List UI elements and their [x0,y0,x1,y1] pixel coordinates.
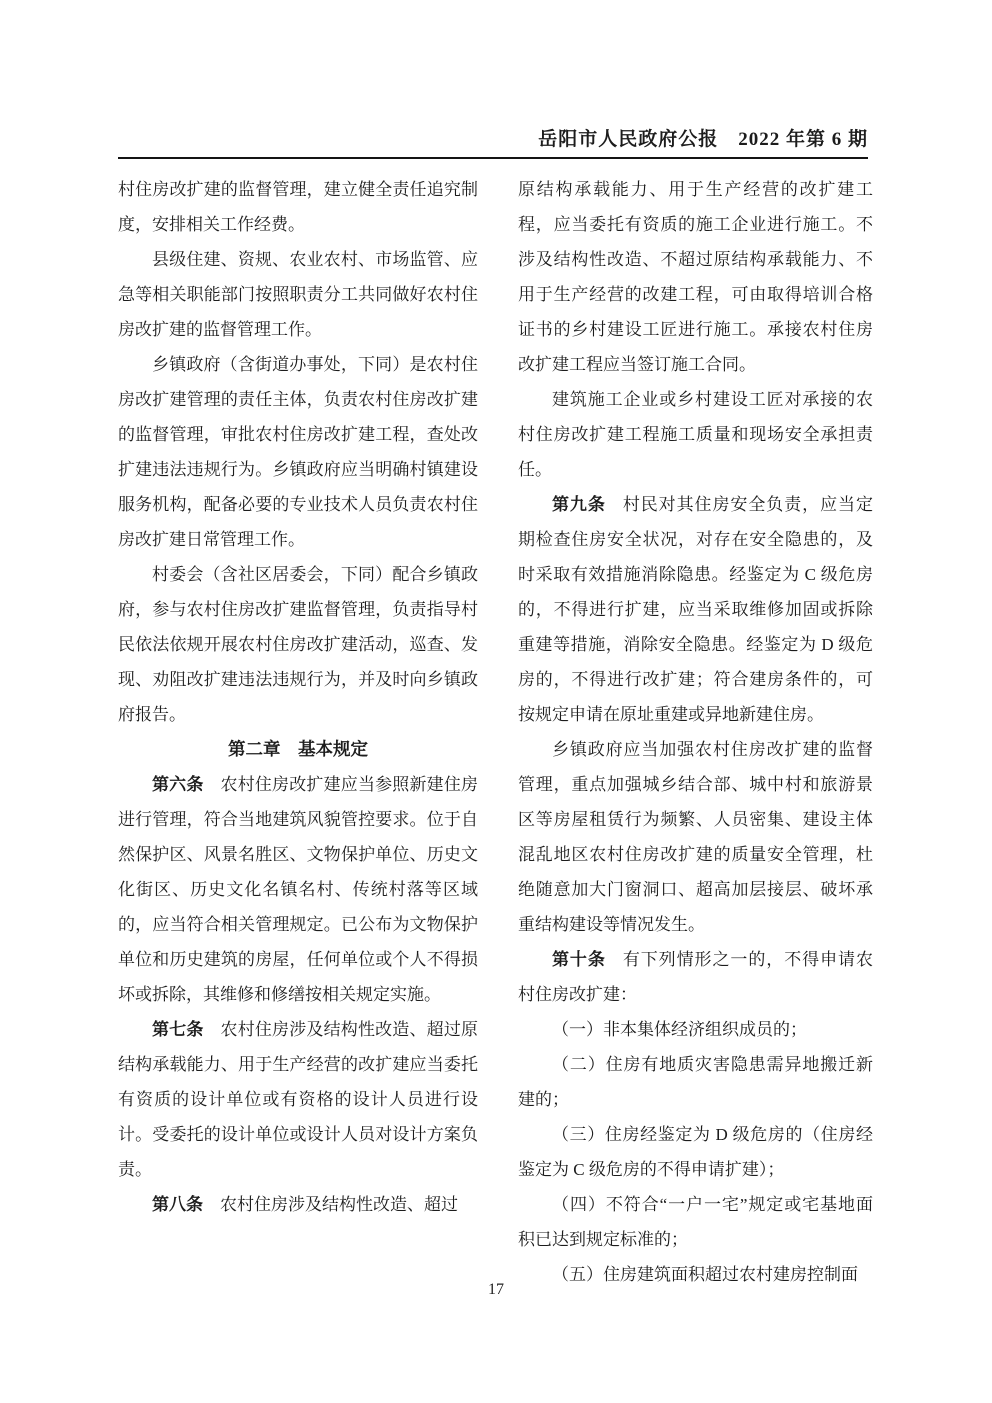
body-paragraph: 乡镇政府（含街道办事处，下同）是农村住房改扩建管理的责任主体，负责农村住房改扩建… [118,347,478,557]
gazette-page: 岳阳市人民政府公报 2022 年第 6 期 村住房改扩建的监督管理，建立健全责任… [0,0,992,1403]
body-paragraph: 县级住建、资规、农业农村、市场监管、应急等相关职能部门按照职责分工共同做好农村住… [118,242,478,347]
gazette-header-title: 岳阳市人民政府公报 2022 年第 6 期 [118,124,868,151]
header-rule [118,157,868,159]
article-body: 农村住房改扩建应当参照新建住房进行管理，符合当地建筑风貌管控要求。位于自然保护区… [118,775,478,1004]
article-number: 第九条 [552,495,606,514]
list-item-paragraph: （一）非本集体经济组织成员的； [518,1012,873,1047]
chapter-heading: 第二章 基本规定 [118,732,478,767]
article-body: 村民对其住房安全负责，应当定期检查住房安全状况，对存在安全隐患的，及时采取有效措… [518,495,873,724]
body-paragraph: 村住房改扩建的监督管理，建立健全责任追究制度，安排相关工作经费。 [118,172,478,242]
right-column: 原结构承载能力、用于生产经营的改扩建工程，应当委托有资质的施工企业进行施工。不涉… [518,172,873,1292]
article-number: 第十条 [552,950,606,969]
article-paragraph: 第九条村民对其住房安全负责，应当定期检查住房安全状况，对存在安全隐患的，及时采取… [518,487,873,732]
list-item-paragraph: （二）住房有地质灾害隐患需异地搬迁新建的； [518,1047,873,1117]
article-paragraph: 第十条有下列情形之一的，不得申请农村住房改扩建： [518,942,873,1012]
list-item-paragraph: （三）住房经鉴定为 D 级危房的（住房经鉴定为 C 级危房的不得申请扩建）； [518,1117,873,1187]
body-paragraph: 乡镇政府应当加强农村住房改扩建的监督管理，重点加强城乡结合部、城中村和旅游景区等… [518,732,873,942]
article-paragraph: 第八条农村住房涉及结构性改造、超过 [118,1187,478,1222]
page-number: 17 [0,1279,992,1301]
article-paragraph: 第七条农村住房涉及结构性改造、超过原结构承载能力、用于生产经营的改扩建应当委托有… [118,1012,478,1187]
article-paragraph: 第六条农村住房改扩建应当参照新建住房进行管理，符合当地建筑风貌管控要求。位于自然… [118,767,478,1012]
article-number: 第六条 [152,775,204,794]
body-paragraph: 村委会（含社区居委会，下同）配合乡镇政府，参与农村住房改扩建监督管理，负责指导村… [118,557,478,732]
article-body: 农村住房涉及结构性改造、超过原结构承载能力、用于生产经营的改扩建应当委托有资质的… [118,1020,478,1179]
list-item-paragraph: （四）不符合“一户一宅”规定或宅基地面积已达到规定标准的； [518,1187,873,1257]
left-column: 村住房改扩建的监督管理，建立健全责任追究制度，安排相关工作经费。 县级住建、资规… [118,172,478,1222]
body-paragraph: 原结构承载能力、用于生产经营的改扩建工程，应当委托有资质的施工企业进行施工。不涉… [518,172,873,382]
article-body: 农村住房涉及结构性改造、超过 [220,1195,458,1214]
body-paragraph: 建筑施工企业或乡村建设工匠对承接的农村住房改扩建工程施工质量和现场安全承担责任。 [518,382,873,487]
article-number: 第七条 [152,1020,204,1039]
article-number: 第八条 [152,1195,203,1214]
